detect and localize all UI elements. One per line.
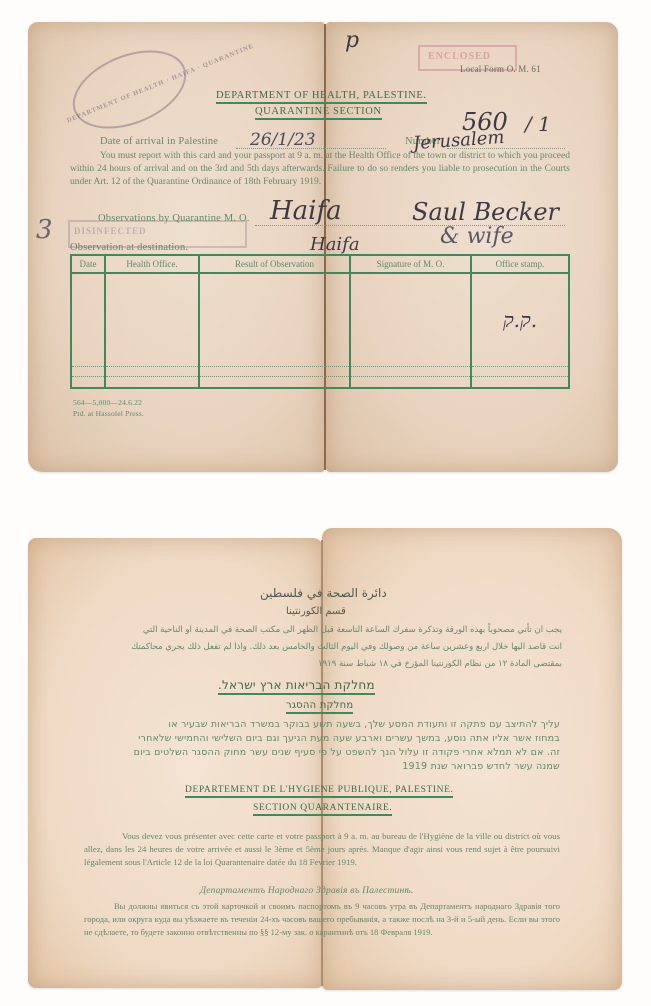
destination-value: Haifa <box>310 234 360 255</box>
arrival-date-label: Date of arrival in Palestine <box>100 136 218 147</box>
col-header-office-stamp: Office stamp. <box>471 255 569 273</box>
traveler-name: Saul Becker <box>412 198 559 226</box>
instructions-text: You must report with this card and your … <box>70 150 570 189</box>
observations-value: Haifa <box>270 196 342 226</box>
corner-mark: p <box>345 28 359 53</box>
table-cell <box>199 367 350 377</box>
form-number: Local Form O. M. 61 <box>460 64 541 74</box>
arabic-title: دائرة الصحة في فلسطين <box>260 586 387 600</box>
disinfected-stamp-text: DISINFECTED <box>74 226 147 236</box>
table-header-row: Date Health Office. Result of Observatio… <box>71 255 569 273</box>
table-cell-stamp: ק.ק. <box>471 273 569 367</box>
printer-line-2: Ptd. at Hassolel Press. <box>73 409 144 418</box>
table-cell <box>105 376 199 388</box>
col-header-result: Result of Observation <box>199 255 350 273</box>
col-header-signature: Signature of M. O. <box>350 255 471 273</box>
quarantine-card-front: DEPARTMENT OF HEALTH · HAIFA · QUARANTIN… <box>0 0 651 480</box>
hebrew-subtitle: מחלקת ההסגר <box>286 700 353 714</box>
arabic-line-3: بمقتضى المادة ١٢ من نظام الكورنتينا المؤ… <box>162 659 562 669</box>
russian-title: Департаментъ Народнаго Здравія въ Палест… <box>200 886 413 896</box>
observations-label: Observations by Quarantine M. O. <box>98 213 250 224</box>
hebrew-line-3: זה. אם לא תמלא אחרי פקודה זו עלול הנך לה… <box>82 747 560 758</box>
quarantine-card-back: دائرة الصحة في فلسطين قسم الكورنتينا يجب… <box>0 500 651 1006</box>
hebrew-line-1: עליך להתיצב עם פתקה זו ותעודת המסע שלך, … <box>82 719 560 730</box>
french-text: Vous devez vous présenter avec cette car… <box>84 830 560 869</box>
table-cell <box>71 367 105 377</box>
table-cell <box>71 273 105 367</box>
destination-label: Observation at destination. <box>70 242 188 253</box>
traveler-companion: & wife <box>440 224 514 249</box>
russian-text: Вы должны явиться съ этой карточкой и св… <box>84 900 560 939</box>
french-subtitle: SECTION QUARANTENAIRE. <box>253 803 392 816</box>
hebrew-line-2: במחוז אשר אליו אתה נוסע, במשך עשרים וארב… <box>82 733 560 744</box>
arrival-date-value: 26/1/23 <box>250 130 316 150</box>
table-cell <box>105 273 199 367</box>
enclosed-stamp-text: ENCLOSED <box>428 51 491 62</box>
french-title: DEPARTEMENT DE L'HYGIENE PUBLIQUE, PALES… <box>185 785 453 798</box>
header-title: DEPARTMENT OF HEALTH, PALESTINE. <box>216 90 427 104</box>
table-cell <box>350 376 471 388</box>
table-cell <box>471 367 569 377</box>
table-cell <box>350 273 471 367</box>
table-row <box>71 376 569 388</box>
hebrew-title: מחלקת הבריאות ארץ ישראל. <box>218 678 375 695</box>
number-suffix: / 1 <box>525 112 551 136</box>
printer-line-1: 564—5,000—24.6.22 <box>73 398 142 407</box>
arabic-line-2: انت قاصد اليها خلال اربع وعشرين ساعة من … <box>82 642 562 652</box>
table-cell <box>105 367 199 377</box>
arabic-line-1: يجب ان تأتي مصحوباً بهذه الورقة وتذكرة س… <box>82 625 562 635</box>
table-cell <box>471 376 569 388</box>
table-cell <box>71 376 105 388</box>
margin-mark: 3 <box>36 215 53 245</box>
table-cell <box>199 376 350 388</box>
col-header-date: Date <box>71 255 105 273</box>
observation-table: Date Health Office. Result of Observatio… <box>70 254 570 389</box>
header-subtitle: QUARANTINE SECTION <box>255 106 382 120</box>
col-header-health-office: Health Office. <box>105 255 199 273</box>
table-row <box>71 367 569 377</box>
table-cell <box>350 367 471 377</box>
table-row: ק.ק. <box>71 273 569 367</box>
hebrew-line-4: שמנה עשר לחדש פברואר שנת 1919 <box>82 761 560 772</box>
table-cell <box>199 273 350 367</box>
arabic-subtitle: قسم الكورنتينا <box>286 606 346 617</box>
